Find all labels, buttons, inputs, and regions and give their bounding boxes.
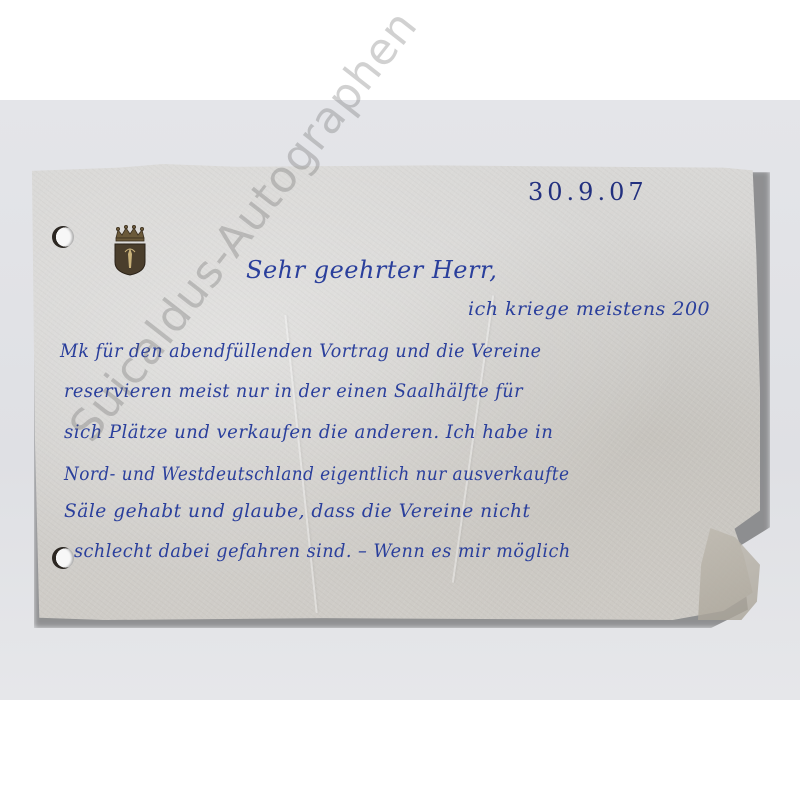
letter-line: sich Plätze und verkaufen die anderen. I…: [64, 421, 553, 443]
letter-salutation: Sehr geehrter Herr,: [246, 256, 497, 284]
letter-line: schlecht dabei gefahren sind. – Wenn es …: [74, 540, 571, 562]
letter-line: Säle gehabt und glaube, dass die Vereine…: [64, 500, 530, 522]
punch-hole-top: [52, 226, 74, 248]
letter-line: Nord- und Westdeutschland eigentlich nur…: [64, 463, 569, 485]
letter-line: ich kriege meistens 200: [468, 298, 710, 320]
crest-icon: [110, 224, 150, 276]
letter-date: 30.9.07: [528, 178, 648, 206]
punch-hole-bottom: [52, 547, 74, 569]
